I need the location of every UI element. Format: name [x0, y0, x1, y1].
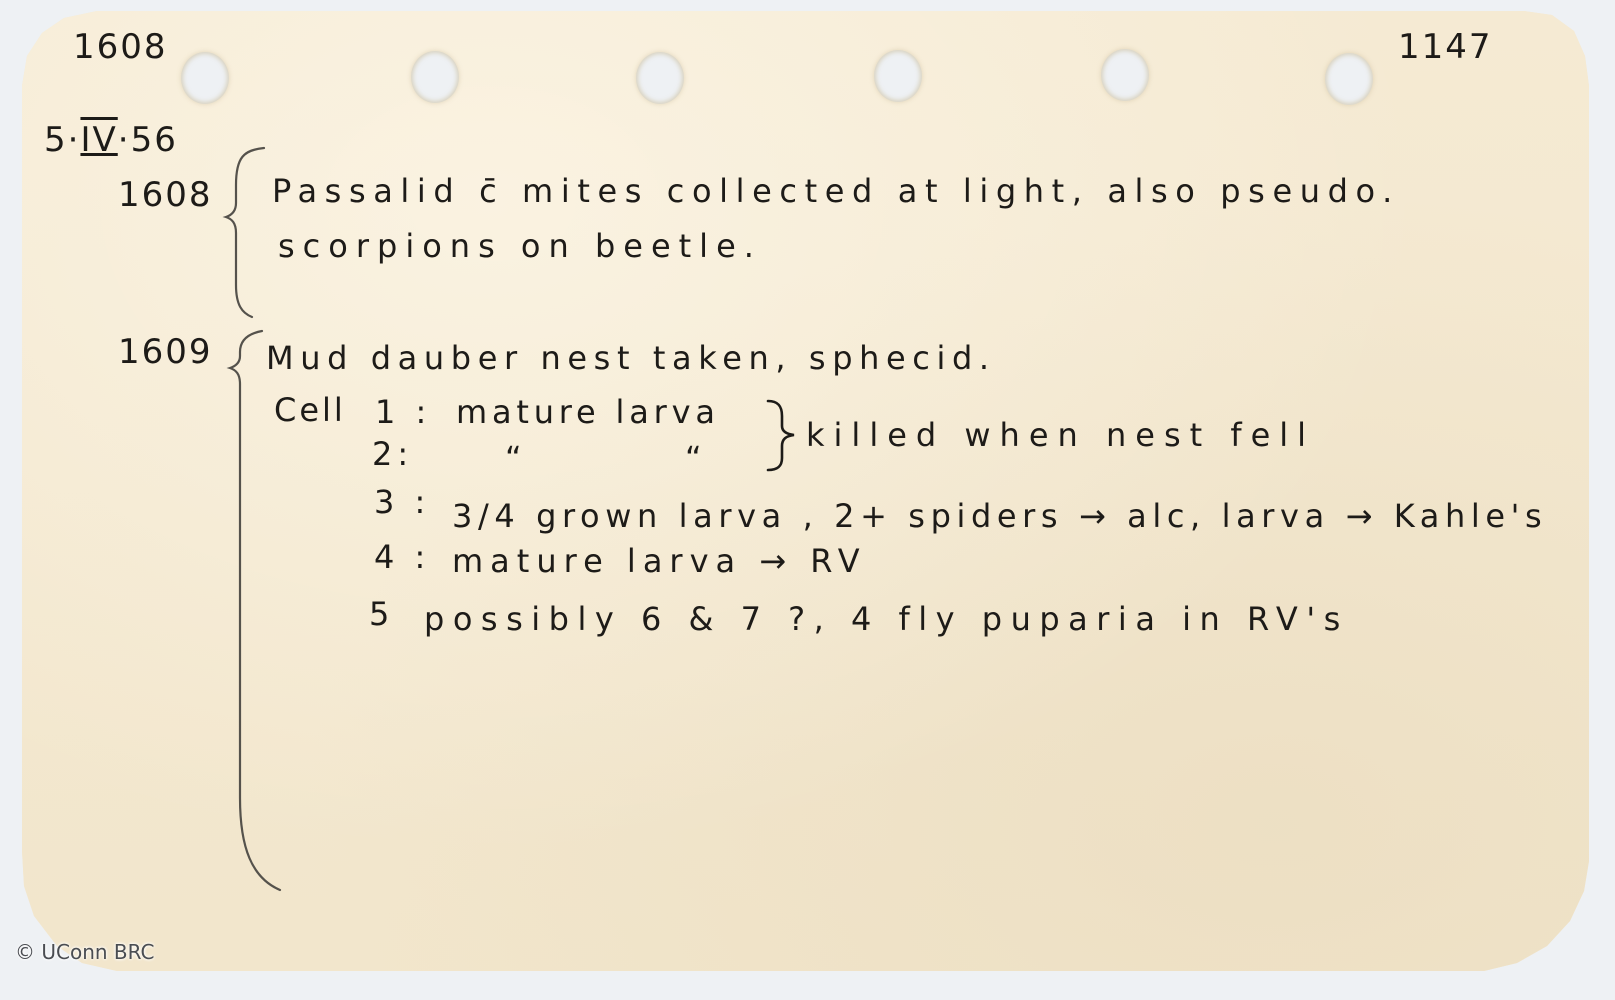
punch-hole — [1101, 49, 1149, 101]
punch-hole — [181, 52, 229, 104]
punch-hole — [874, 50, 922, 102]
right-brace-icon — [762, 398, 802, 472]
bracket-note-killed: killed when nest fell — [806, 419, 1315, 451]
cell-3-text: 3/4 grown larva , 2+ spiders → alc, larv… — [452, 500, 1547, 532]
card-number-top-right: 1147 — [1398, 30, 1493, 64]
copyright-watermark: © UConn BRC — [15, 940, 155, 964]
entry-number-1609: 1609 — [118, 335, 213, 369]
date-year: 56 — [131, 120, 178, 160]
collection-date: 5·IV·56 — [44, 123, 178, 157]
left-brace-icon — [222, 328, 282, 898]
punch-hole — [636, 52, 684, 104]
cell-3-index: 3 : — [374, 486, 430, 518]
cell-2-index: 2: — [372, 438, 413, 470]
cell-5-index: 5 — [369, 598, 394, 630]
cell-4-index: 4 : — [374, 541, 430, 573]
cell-1-text: mature larva — [456, 396, 720, 428]
punch-hole — [411, 51, 459, 103]
cell-5-text: possibly 6 & 7 ?, 4 fly puparia in RV's — [424, 603, 1349, 635]
cell-2-ditto-2: “ — [685, 442, 707, 474]
date-day: 5 — [44, 120, 68, 160]
cell-label: Cell — [274, 394, 346, 426]
cell-2-ditto-1: “ — [505, 442, 527, 474]
left-brace-icon — [222, 145, 272, 320]
entry-number-1608: 1608 — [118, 178, 213, 212]
entry-1608-line-2: scorpions on beetle. — [278, 230, 762, 262]
cell-4-text: mature larva → RV — [452, 545, 867, 577]
date-month-roman: IV — [80, 120, 117, 160]
cell-1-index: 1 : — [375, 396, 431, 428]
entry-1609-line-1: Mud dauber nest taken, sphecid. — [266, 342, 996, 374]
entry-1608-line-1: Passalid c̄ mites collected at light, al… — [272, 175, 1400, 207]
card-number-top-left: 1608 — [73, 30, 168, 64]
punch-hole — [1325, 53, 1373, 105]
